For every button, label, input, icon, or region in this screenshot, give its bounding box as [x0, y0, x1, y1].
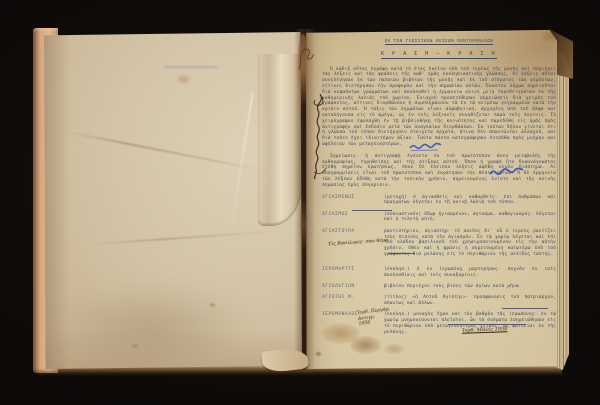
glossary-definition: (οὐσιαστικόν) ὕδωρ ἡγιασμένον, ἁγίασμα, …	[384, 212, 556, 224]
typed-underline	[388, 253, 415, 254]
paper-stain	[383, 343, 405, 355]
glossary-definition: (τίτλος) «ἡ Αὐτοῦ Ἁγιότης»· προσφώνησις …	[384, 295, 556, 307]
glossary-entry: ΑΓΙΑΣΜΟΣ (οὐσιαστικόν) ὕδωρ ἡγιασμένον, …	[322, 212, 556, 224]
glossary-definition: (μετοχή) ὁ ἁγιασθεὶς καὶ καθαρθείς· ἐπὶ …	[384, 195, 556, 207]
typed-underline	[502, 308, 548, 309]
glossary-entry: ΑΓΙΟΛΟΓΙΟΝ βιβλίον περιέχον τοὺς βίους τ…	[322, 284, 556, 290]
page-header: ΕΚ ΤΩΝ ΓΛΩΣΣΙΚΩΝ ΘΕΣΕΩΝ ΠΟΝΤΟΡΩΜΑΙΩΝ	[322, 38, 556, 44]
spine-top-scribble	[293, 44, 319, 72]
glossary-definition: βιβλίον περιέχον τοὺς βίους τῶν ἁγίων κα…	[384, 284, 556, 290]
blue-ink-correction	[488, 168, 526, 178]
page-crease	[64, 130, 266, 171]
glossary-term: ΑΓΙΟΛΟΓΙΟΝ	[322, 284, 384, 290]
right-page-stack-edges	[555, 50, 569, 370]
paper-speck	[210, 303, 215, 307]
glossary-entry: ΙΕΡΟΜΑΡΤΥΣ (ἐκκλησ.) ὁ ἐν ἱερωσύνῃ μαρτυ…	[322, 267, 556, 279]
glossary-term: ΑΓΙΑΣΜΕΝΟΣ	[322, 195, 384, 207]
paper-speck	[316, 352, 321, 356]
typed-underline	[448, 324, 526, 325]
left-blank-page	[44, 32, 302, 369]
typed-paragraph-1: Ὁ κώδιξ οὗτος ἐγράφη κατὰ τὸ ἔτος ἐκεῖνο…	[322, 67, 556, 148]
paper-stain	[350, 336, 381, 354]
paper-speck	[132, 344, 138, 348]
blue-ink-correction	[408, 143, 444, 152]
faint-stamp-fleck	[178, 76, 189, 83]
page-crease	[84, 230, 279, 246]
typewritten-text-block: ΕΚ ΤΩΝ ΓΛΩΣΣΙΚΩΝ ΘΕΣΕΩΝ ΠΟΝΤΟΡΩΜΑΙΩΝ Κ Ρ…	[322, 38, 556, 341]
glossary-term: ΙΕΡΟΜΑΡΤΥΣ	[322, 267, 384, 279]
typed-underline	[352, 210, 392, 211]
glossary-entry: ΑΓΙΑΣΜΕΝΟΣ (μετοχή) ὁ ἁγιασθεὶς καὶ καθα…	[322, 195, 556, 207]
glossary-entry: ΑΓΙΟΤΗΣ Μ. (τίτλος) «ἡ Αὐτοῦ Ἁγιότης»· π…	[322, 295, 556, 307]
page-title: Κ Ρ Α Σ Η — Κ Ρ Α Σ Η	[322, 52, 556, 58]
binding-glue-residue	[300, 196, 307, 254]
glossary-term: ΑΓΙΟΤΗΣ Μ.	[322, 295, 384, 307]
glossary-term: ΑΓΙΑΣΜΟΣ	[322, 212, 384, 224]
glossary-definition: (ἐκκλησ.) ὁ ἐν ἱερωσύνῃ μαρτυρήσας· συχν…	[384, 267, 556, 279]
right-typed-page: ΕΚ ΤΩΝ ΓΛΩΣΣΙΚΩΝ ΘΕΣΕΩΝ ΠΟΝΤΟΡΩΜΑΙΩΝ Κ Ρ…	[306, 30, 557, 369]
page-shadow	[52, 282, 252, 377]
faint-stamp	[164, 63, 218, 72]
